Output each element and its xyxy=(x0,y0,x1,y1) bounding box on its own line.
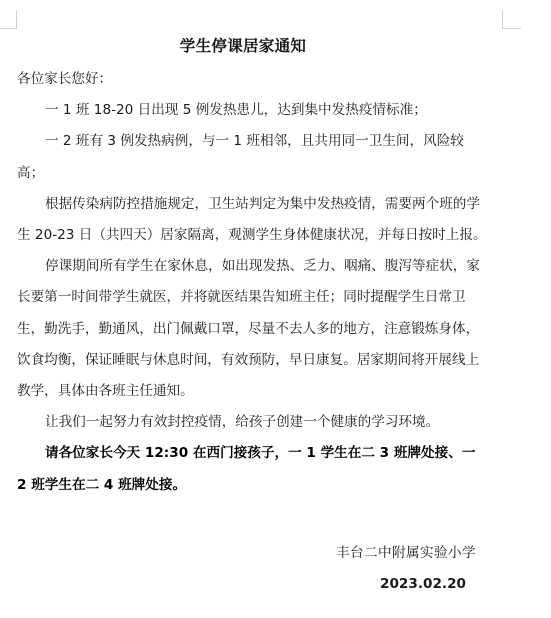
greeting: 各位家长您好： xyxy=(17,64,487,95)
paragraph-closing: 让我们一起努力有效封控疫情，给孩子创建一个健康的学习环境。 xyxy=(17,407,487,438)
page-corner-mark-left xyxy=(0,10,17,29)
document-title: 学生停课居家通知 xyxy=(0,34,486,56)
paragraph-class1: 一 1 班 18-20 日出现 5 例发热患儿，达到集中发热疫情标准； xyxy=(17,95,487,126)
document-body: 各位家长您好： 一 1 班 18-20 日出现 5 例发热患儿，达到集中发热疫情… xyxy=(17,64,487,501)
paragraph-class2: 一 2 班有 3 例发热病例，与一 1 班相邻，且共用同一卫生间，风险较高； xyxy=(17,126,487,188)
signature-date: 2023.02.20 xyxy=(380,576,466,592)
paragraph-regulation: 根据传染病防控措施规定，卫生站判定为集中发热疫情，需要两个班的学生 20-23 … xyxy=(17,189,487,251)
pickup-notice: 请各位家长今天 12:30 在西门接孩子，一 1 学生在二 3 班牌处接、一 2… xyxy=(17,438,487,500)
page-corner-mark-right xyxy=(502,10,521,29)
signature-school: 丰台二中附属实验小学 xyxy=(336,541,476,561)
paragraph-health-guidance: 停课期间所有学生在家休息，如出现发热、乏力、咽痛、腹泻等症状，家长要第一时间带学… xyxy=(17,251,487,407)
